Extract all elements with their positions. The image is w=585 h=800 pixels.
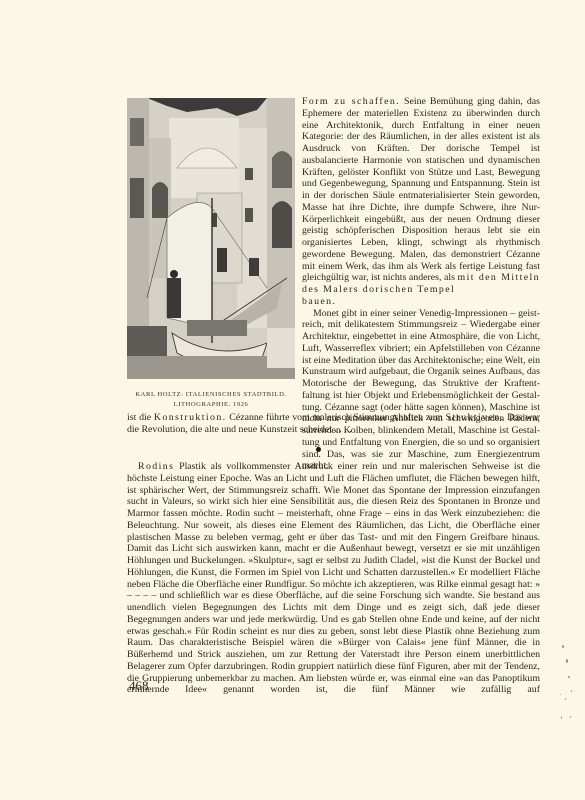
- paragraph-rodin: Rodins Plastik als vollkommenster Ausdru…: [127, 461, 540, 696]
- spaced-phrase-end: bauen.: [302, 296, 336, 307]
- paper-speck: [571, 690, 572, 692]
- italian-townscape-image: [127, 98, 295, 379]
- text-run: ist die: [127, 412, 154, 423]
- spaced-lead: Form zu schaffen.: [302, 96, 400, 107]
- spaced-lead-rodins: Rodins: [138, 461, 174, 472]
- lithograph-illustration: [127, 98, 295, 379]
- paragraph-monet: Monet gibt in einer seiner Venedig-Impre…: [302, 308, 540, 473]
- caption-artist-title: KARL HOLTZ: ITALIENISCHES STADTBILD.: [120, 390, 302, 400]
- paragraph-text: Seine Bemühung ging dahin, das Ephemere …: [302, 96, 540, 283]
- paragraph-conclusion: ist die Konstruktion. Cézanne führte vom…: [127, 412, 540, 436]
- paper-speck: [568, 676, 570, 678]
- section-separator-bullet: [316, 447, 321, 452]
- book-page: KARL HOLTZ: ITALIENISCHES STADTBILD. LIT…: [0, 0, 585, 800]
- caption-medium-year: LITHOGRAPHIE. 1926: [120, 400, 302, 410]
- paper-speck: [560, 694, 561, 695]
- page-number: 468: [129, 678, 149, 694]
- paper-speck: [570, 716, 571, 718]
- text-run: Cézanne führte vom malerisch Stimmungsha…: [227, 412, 446, 423]
- paragraph-text: Plastik als vollkommenster Ausdruck eine…: [127, 461, 540, 695]
- figure-caption: KARL HOLTZ: ITALIENISCHES STADTBILD. LIT…: [120, 390, 302, 409]
- spaced-word-konstruktion: Konstruktion.: [154, 412, 227, 423]
- paper-speck: [562, 645, 564, 648]
- paper-speck: [566, 659, 568, 663]
- paper-speck: [561, 716, 562, 719]
- paragraph-continuation: Form zu schaffen. Seine Bemühung ging da…: [302, 96, 540, 308]
- paper-speck: [565, 698, 566, 700]
- spaced-word-struktiven: Struktiven.: [446, 412, 505, 423]
